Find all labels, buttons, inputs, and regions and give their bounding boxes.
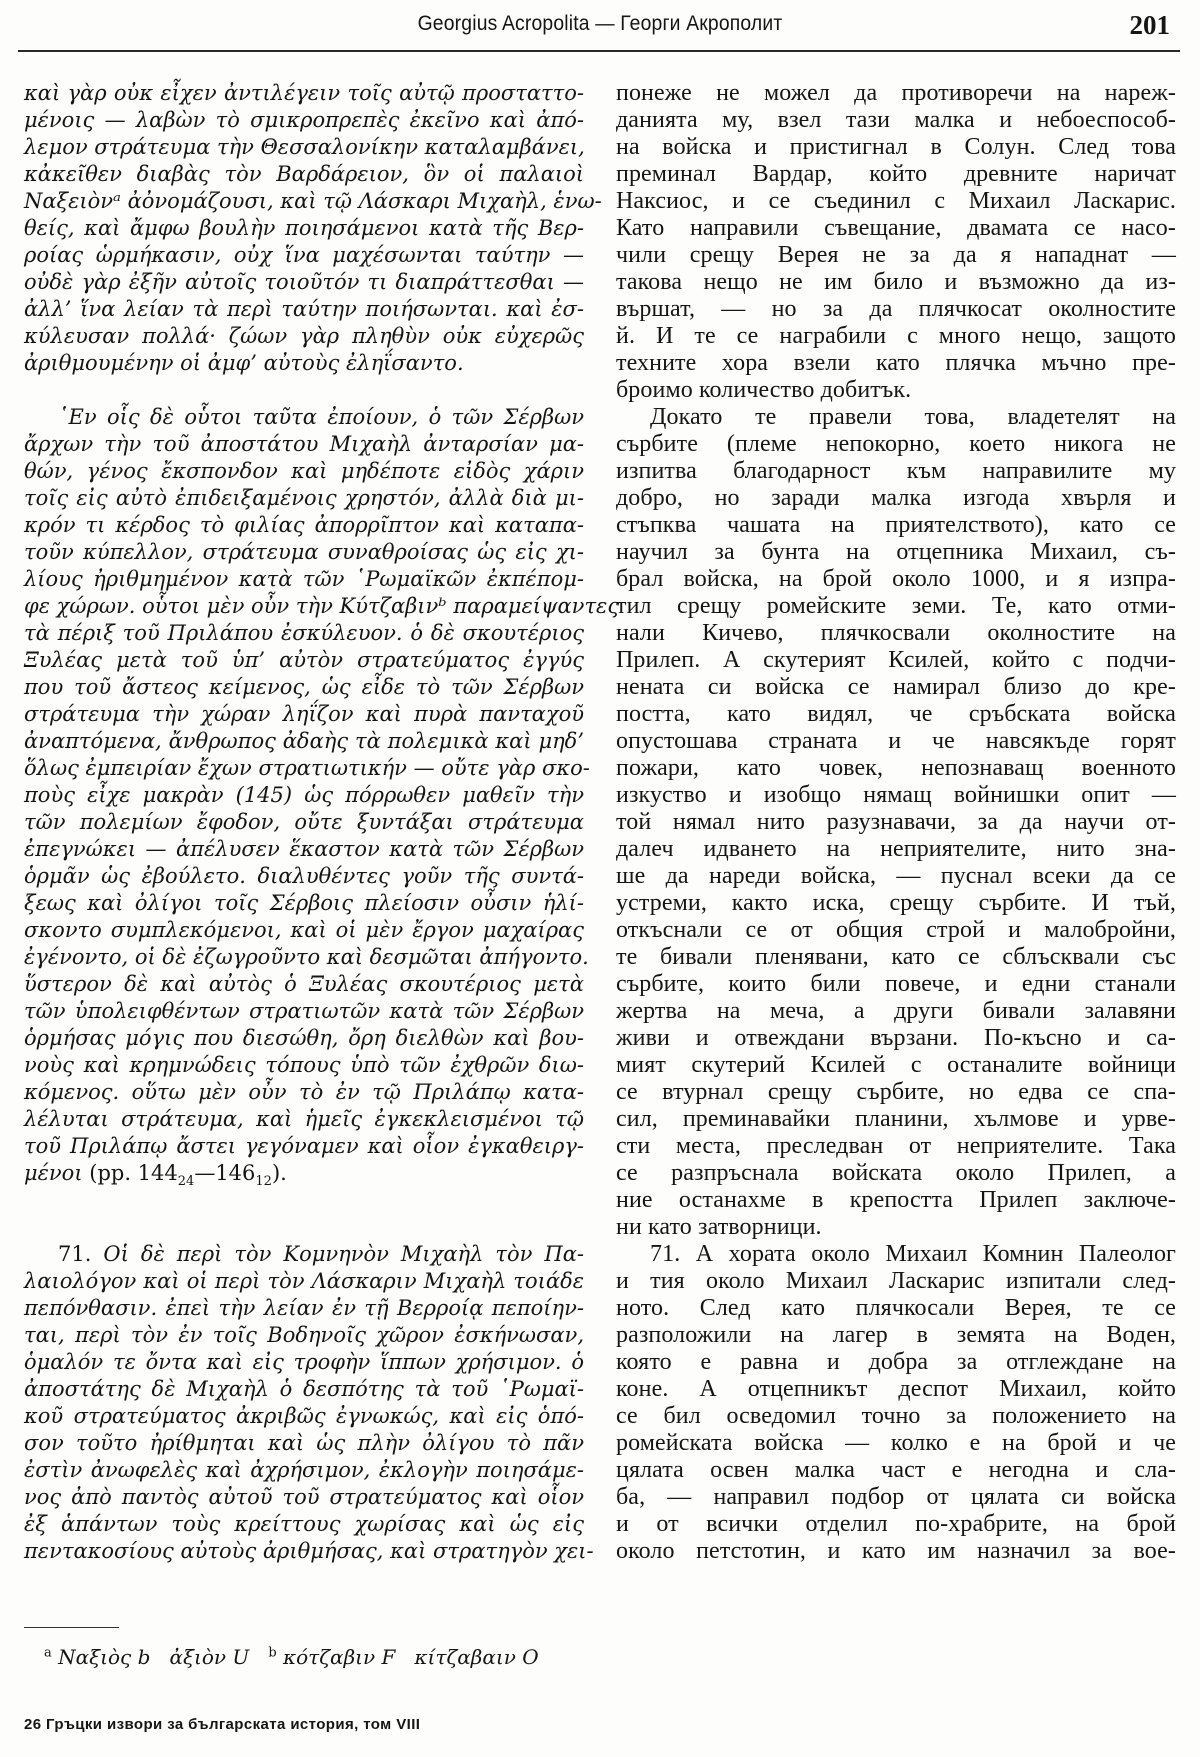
- text-line: преминал Вардар, който древните наричат: [616, 161, 1176, 188]
- text-line: Като направили съвещание, двамата се нас…: [616, 215, 1176, 242]
- text-line: нали Кичево, плячкосвали околностите на: [616, 620, 1176, 647]
- text-line: Ξυλέας μετὰ τοῦ ὑπ’ αὐτὸν στρατεύματος ἐ…: [24, 647, 584, 674]
- text-line: θών, γένος ἔκσπονδον καὶ μηδέποτε εἰδὸς …: [24, 458, 584, 485]
- text-line: ше да нареди войска, — пуснал всеки да с…: [616, 863, 1176, 890]
- text-line: добро, но заради малка изгода хвърля и: [616, 485, 1176, 512]
- footnote-marker-b: b: [268, 1645, 276, 1660]
- text-line: πεπόνθασιν. ἐπεὶ τὴν λείαν ἐν τῇ Βερροίᾳ…: [24, 1295, 584, 1322]
- text-line: τῶν πολεμίων ἔφοδον, οὔτε ξυντάξαι στράτ…: [24, 809, 584, 836]
- text-line: καὶ γὰρ οὐκ εἶχεν ἀντιλέγειν τοῖς αὐτῷ π…: [24, 80, 584, 107]
- bulgarian-paragraph-1: понеже не можел да противоречи на нареж-…: [616, 80, 1176, 404]
- header-rule: [18, 50, 1180, 52]
- text-line: далеч идването на неприятелите, нито зна…: [616, 836, 1176, 863]
- text-line: ἀλλ’ ἵνα λείαν τὰ περὶ ταύτην ποιήσωνται…: [24, 296, 584, 323]
- text-line: Наксиос, и се съединил с Михаил Ласкарис…: [616, 188, 1176, 215]
- text-line: живи и отвеждани вързани. По-късно и са-: [616, 1025, 1176, 1052]
- text-line: οὐδὲ γὰρ ἐξῆν αὐτοῖς τοιοῦτόν τι διαπράτ…: [24, 269, 584, 296]
- text-line: ῾Εν οἷς δὲ οὗτοι ταῦτα ἐποίουν, ὁ τῶν Σέ…: [24, 404, 584, 431]
- text-line: жертва на меча, а други бивали залавяни: [616, 998, 1176, 1025]
- text-line: κόμενος. οὕτω μὲν οὖν τὸ ἐν τῷ Πριλάπῳ κ…: [24, 1079, 584, 1106]
- text-line: λέλυται στράτευμα, καὶ ἡμεῖς ἐγκεκλεισμέ…: [24, 1106, 584, 1133]
- text-line: ἀποστάτης δὲ Μιχαὴλ ὁ δεσπότης τὰ τοῦ ῾Ρ…: [24, 1376, 584, 1403]
- text-line: разположили на лагер в земята на Воден,: [616, 1322, 1176, 1349]
- text-line: τὰ πέριξ τοῦ Πριλάπου ἐσκύλευον. ὁ δὲ σκ…: [24, 620, 584, 647]
- text-line: ὅλως ἐμπειρίαν ἔχων στρατιωτικήν — οὔτε …: [24, 755, 584, 782]
- text-line: сти места, преследван от неприятелите. Т…: [616, 1133, 1176, 1160]
- footnotes: a Ναξιὸς b ἀξιὸν U b κότζαβιν F κίτζαβαι…: [44, 1645, 539, 1669]
- bulgarian-text-column: понеже не можел да противоречи на нареж-…: [616, 80, 1176, 1565]
- text-line: ται, περὶ τὸν ἐν τοῖς Βοδηνοῖς χῶρον ἐσκ…: [24, 1322, 584, 1349]
- text-line: ἐγένοντο, οἱ δὲ ἐζωγροῦντο καὶ δεσμῶται …: [24, 944, 584, 971]
- text-line: й. И те се награбили с много нещо, защот…: [616, 323, 1176, 350]
- text-line: Докато те правели това, владетелят на: [616, 404, 1176, 431]
- text-line: κρόν τι κέρδος τὸ φιλίας ἀπορρῖπτον καὶ …: [24, 512, 584, 539]
- text-line: ἐπεγνώκει — ἀπέλυσεν ἕκαστον κατὰ τῶν Σέ…: [24, 836, 584, 863]
- text-line: той нямал нито разузнавачи, за да научи …: [616, 809, 1176, 836]
- text-line: λίους ἠριθμημένον κατὰ τῶν ῾Ρωμαϊκῶν ἐκπ…: [24, 566, 584, 593]
- text-line: стъпква чашата на приятелството), като с…: [616, 512, 1176, 539]
- text-line: и от всички отделил по-храбрите, на брой: [616, 1511, 1176, 1538]
- document-page: Georgius Acropolita — Георги Акрополит 2…: [0, 0, 1200, 1757]
- text-line: те бивали пленявани, като се сблъсквали …: [616, 944, 1176, 971]
- text-line: ἄρχων τὴν τοῦ ἀποστάτου Μιχαὴλ ἀνταρσίαν…: [24, 431, 584, 458]
- text-line: κἀκεῖθεν διαβὰς τὸν Βαρδάρειον, ὃν οἱ πα…: [24, 161, 584, 188]
- text-line: устреми, както иска, срещу сърбите. И тъ…: [616, 890, 1176, 917]
- section-number: 71.: [58, 1242, 91, 1266]
- text-line: λαιολόγον καὶ οἱ περὶ τὸν Λάσκαριν Μιχαὴ…: [24, 1268, 584, 1295]
- text-line: στράτευμα τὴν χώραν ληΐζον καὶ πυρὰ παντ…: [24, 701, 584, 728]
- bulgarian-paragraph-71: 71. А хората около Михаил Комнин Палеоло…: [616, 1241, 1176, 1565]
- text-line: νος ἀπὸ παντὸς αὐτοῦ τοῦ στρατεύματος κα…: [24, 1484, 584, 1511]
- text-line: данията му, взел тази малка и небоеспосо…: [616, 107, 1176, 134]
- text-line: νοὺς καὶ κρημνώδεις τόπους ὑπὸ τῶν ἐχθρῶ…: [24, 1052, 584, 1079]
- text-line: цялата освен малка част е негодна и сла-: [616, 1457, 1176, 1484]
- page-number: 201: [1130, 10, 1171, 41]
- text-line: ἀριθμουμένην οἱ ἀμφ’ αὐτοὺς ἐληΐσαντο.: [24, 350, 584, 377]
- text-line: τοῦ Πριλάπῳ ἄστει γεγόναμεν καὶ οἷον ἐγκ…: [24, 1133, 584, 1160]
- text-line: ние останахме в крепостта Прилеп заключе…: [616, 1187, 1176, 1214]
- text-line: τοῦν κύπελλον, στράτευμα συναθροίσας ὡς …: [24, 539, 584, 566]
- text-line: такова нещо не им било и възможно да из-: [616, 269, 1176, 296]
- text-line: която е равна и добра за отглеждане на: [616, 1349, 1176, 1376]
- text-line: που τοῦ ἄστεος κείμενος, ὡς εἶδε τὸ τῶν …: [24, 674, 584, 701]
- text-line: постта, като видял, че сръбската войска: [616, 701, 1176, 728]
- text-line: λεμον στράτευμα τὴν Θεσσαλονίκην καταλαμ…: [24, 134, 584, 161]
- greek-text-column: καὶ γὰρ οὐκ εἶχεν ἀντιλέγειν τοῖς αὐτῷ π…: [24, 80, 584, 1565]
- text-line: ὁμαλόν τε ὄντα καὶ εἰς τροφὴν ἵππων χρήσ…: [24, 1349, 584, 1376]
- text-line: ποὺς εἶχε μακρὰν (145) ὡς πόρρωθεν μαθεῖ…: [24, 782, 584, 809]
- text-line: ροίας ὡρμήκασιν, οὐχ ἵνα μαχέσωνται ταύτ…: [24, 242, 584, 269]
- text-line: ба, — направил подбор от цялата си войск…: [616, 1484, 1176, 1511]
- text-line: πεντακοσίους αὐτοὺς ἀριθμήσας, καὶ στρατ…: [24, 1538, 584, 1565]
- text-line: ἀναπτόμενα, ἄνθρωπος ἀδαὴς τὰ πολεμικὰ κ…: [24, 728, 584, 755]
- text-line: ὁρμήσας μόγις που διεσώθη, ὄρη διελθὼν κ…: [24, 1025, 584, 1052]
- text-line: ното. След като плячкосали Верея, те се: [616, 1295, 1176, 1322]
- bulgarian-paragraph-2: Докато те правели това, владетелят на съ…: [616, 404, 1176, 1241]
- text-line: сърбите, които били повече, и едни стана…: [616, 971, 1176, 998]
- text-line: тил срещу ромейските земи. Те, като отми…: [616, 593, 1176, 620]
- text-line: Ναξειὸνᵃ ἀὀνομάζουσι, καὶ τῷ Λάσκαρι Μιχ…: [24, 188, 584, 215]
- text-line: откъснали се от общия строй и малобройни…: [616, 917, 1176, 944]
- text-line: чили срещу Верея не за да я нападнат —: [616, 242, 1176, 269]
- text-line: Прилеп. А скутерият Ксилей, който с подч…: [616, 647, 1176, 674]
- text-line: θείς, καὶ ἄμφω βουλὴν ποιησάμενοι κατὰ τ…: [24, 215, 584, 242]
- text-line: пожари, като човек, непознаващ военното: [616, 755, 1176, 782]
- text-line: μένοις — λαβὼν τὸ σμικροπρεπὲς ἐκεῖνο κα…: [24, 107, 584, 134]
- running-header-title: Georgius Acropolita — Георги Акрополит: [48, 12, 1152, 36]
- text-line: научил за бунта на отцепника Михаил, съ-: [616, 539, 1176, 566]
- page-reference: (pp. 14424—14612).: [89, 1161, 287, 1185]
- text-line: се бил осведомил точно за положението на: [616, 1403, 1176, 1430]
- text-line: се втурнал срещу сърбите, но едва се спа…: [616, 1079, 1176, 1106]
- greek-paragraph-2: ῾Εν οἷς δὲ οὗτοι ταῦτα ἐποίουν, ὁ τῶν Σέ…: [24, 404, 584, 1187]
- footnote-a: Ναξιὸς b ἀξιὸν U: [58, 1645, 268, 1669]
- text-line: броимо количество добитък.: [616, 377, 1176, 404]
- greek-paragraph-1: καὶ γὰρ οὐκ εἶχεν ἀντιλέγειν τοῖς αὐτῷ π…: [24, 80, 584, 377]
- text-line: коне. А отцепникът деспот Михаил, който: [616, 1376, 1176, 1403]
- text-line: τῶν ὑπολειφθέντων στρατιωτῶν κατὰ τῶν Σέ…: [24, 998, 584, 1025]
- printer-signature: 26 Гръцки извори за българската история,…: [24, 1716, 420, 1733]
- text-line: ὕστερον δὲ καὶ αὐτὸς ὁ Ξυλέας σκουτέριος…: [24, 971, 584, 998]
- text-line: се разпръснала войската около Прилеп, а: [616, 1160, 1176, 1187]
- text-line: ὁρμᾶν ὡς ἐβούλετο. διαλυθέντες γοῦν τῆς …: [24, 863, 584, 890]
- text-line: σκοντο συμπλεκόμενοι, καὶ οἱ μὲν ἔργον μ…: [24, 917, 584, 944]
- footnote-b: κότζαβιν F κίτζαβαιν O: [283, 1645, 539, 1669]
- text-line: техните хора взели като плячка мъчно пре…: [616, 350, 1176, 377]
- text-line: ни като затворници.: [616, 1214, 1176, 1241]
- text-line: около петстотин, и като им назначил за в…: [616, 1538, 1176, 1565]
- text-line: сърбите (племе непокорно, което никога н…: [616, 431, 1176, 458]
- text-line: сил, преминавайки планини, хълмове и урв…: [616, 1106, 1176, 1133]
- greek-paragraph-71: 71. Οἱ δὲ περὶ τὸν Κομνηνὸν Μιχαὴλ τὸν Π…: [24, 1241, 584, 1565]
- text-line: φε χώρων. οὗτοι μὲν οὖν τὴν Κύτζαβινᵇ πα…: [24, 593, 584, 620]
- text-line: опустошава страната и че навсякъде горят: [616, 728, 1176, 755]
- text-line: 71. Οἱ δὲ περὶ τὸν Κομνηνὸν Μιχαὴλ τὸν Π…: [24, 1241, 584, 1268]
- text-line: ἐξ ἁπάντων τοὺς κρείττους χωρίσας καὶ ὡς…: [24, 1511, 584, 1538]
- text-line: и тия около Михаил Ласкарис изпитали сле…: [616, 1268, 1176, 1295]
- text-line: ξεως καὶ ὀλίγοι τοῖς Σέρβοις πλείοσιν οὖ…: [24, 890, 584, 917]
- citation-line: μένοι (pp. 14424—14612).: [24, 1160, 584, 1187]
- text-line: ἐστὶν ἀνωφελὲς καὶ ἀχρήσιμον, ἐκλογὴν πο…: [24, 1457, 584, 1484]
- text-line: нената си войска се намирал близо до кре…: [616, 674, 1176, 701]
- text-line: τοῖς εἰς αὐτὸ ἐπιδειξαμένοις χρηστόν, ἀλ…: [24, 485, 584, 512]
- text-line: σον τοῦτο ἠρίθμηται καὶ ὡς πλὴν ὀλίγου τ…: [24, 1430, 584, 1457]
- text-line: κύλευσαν πολλά· ζώων γὰρ πληθὺν οὐκ εὐχε…: [24, 323, 584, 350]
- text-line: на войска и пристигнал в Солун. След тов…: [616, 134, 1176, 161]
- text-line: изпитва благодарност към направилите му: [616, 458, 1176, 485]
- text-line: ромейската войска — колко е на брой и че: [616, 1430, 1176, 1457]
- text-line: 71. А хората около Михаил Комнин Палеоло…: [616, 1241, 1176, 1268]
- footnote-rule: [24, 1627, 119, 1628]
- text-line: брал войска, на брой около 1000, и я изп…: [616, 566, 1176, 593]
- text-line: κοῦ στρατεύματος ἀκριβῶς ἐγνωκώς, καὶ εἰ…: [24, 1403, 584, 1430]
- text-line: вършат, — но за да плячкосат околностите: [616, 296, 1176, 323]
- footnote-marker-a: a: [44, 1645, 52, 1660]
- text-line: понеже не можел да противоречи на нареж-: [616, 80, 1176, 107]
- text-line: изкуство и изобщо нямащ войнишки опит —: [616, 782, 1176, 809]
- text-line: мият скутерий Ксилей с останалите войниц…: [616, 1052, 1176, 1079]
